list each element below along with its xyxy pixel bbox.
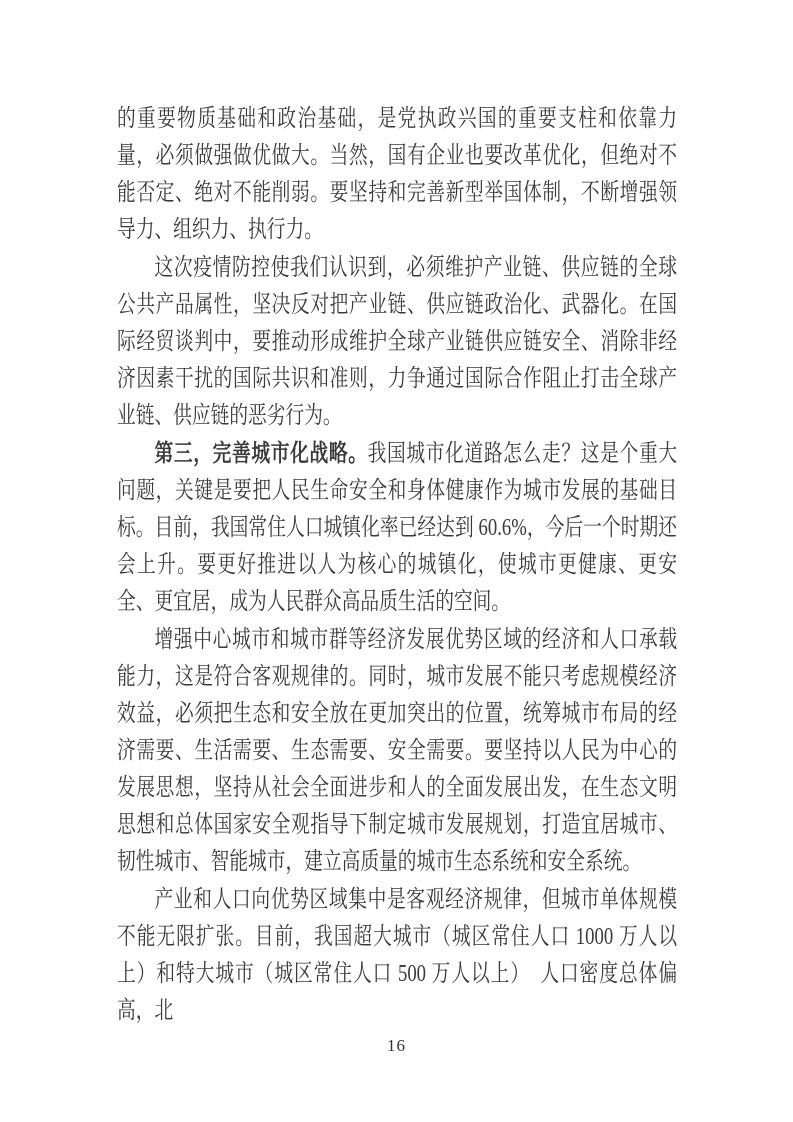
- paragraph-text: 产业和人口向优势区域集中是客观经济规律，但城市单体规模不能无限扩张。目前，我国超…: [117, 887, 677, 1024]
- page-number: 16: [387, 1036, 406, 1055]
- paragraph-lead: 第三，完善城市化战略。: [154, 440, 367, 467]
- paragraph-text: 的重要物质基础和政治基础，是党执政兴国的重要支柱和依靠力量，必须做强做优做大。当…: [117, 106, 677, 243]
- paragraph-text: 我国城市化道路怎么走？这是个重大问题，关键是要把人民生命安全和身体健康作为城市发…: [117, 441, 677, 615]
- paragraph-text: 增强中心城市和城市群等经济发展优势区域的经济和人口承载能力，这是符合客观规律的。…: [117, 627, 677, 875]
- paragraph-text: 这次疫情防控使我们认识到，必须维护产业链、供应链的全球公共产品属性，坚决反对把产…: [117, 255, 677, 429]
- document-page: 的重要物质基础和政治基础，是党执政兴国的重要支柱和依靠力量，必须做强做优做大。当…: [0, 0, 793, 1122]
- paragraph: 第三，完善城市化战略。我国城市化道路怎么走？这是个重大问题，关键是要把人民生命安…: [117, 435, 677, 621]
- page-footer: 16: [0, 1036, 793, 1056]
- paragraph: 增强中心城市和城市群等经济发展优势区域的经济和人口承载能力，这是符合客观规律的。…: [117, 621, 677, 881]
- paragraph: 产业和人口向优势区域集中是客观经济规律，但城市单体规模不能无限扩张。目前，我国超…: [117, 881, 677, 1030]
- document-body: 的重要物质基础和政治基础，是党执政兴国的重要支柱和依靠力量，必须做强做优做大。当…: [117, 100, 677, 1030]
- paragraph: 的重要物质基础和政治基础，是党执政兴国的重要支柱和依靠力量，必须做强做优做大。当…: [117, 100, 677, 249]
- paragraph: 这次疫情防控使我们认识到，必须维护产业链、供应链的全球公共产品属性，坚决反对把产…: [117, 249, 677, 435]
